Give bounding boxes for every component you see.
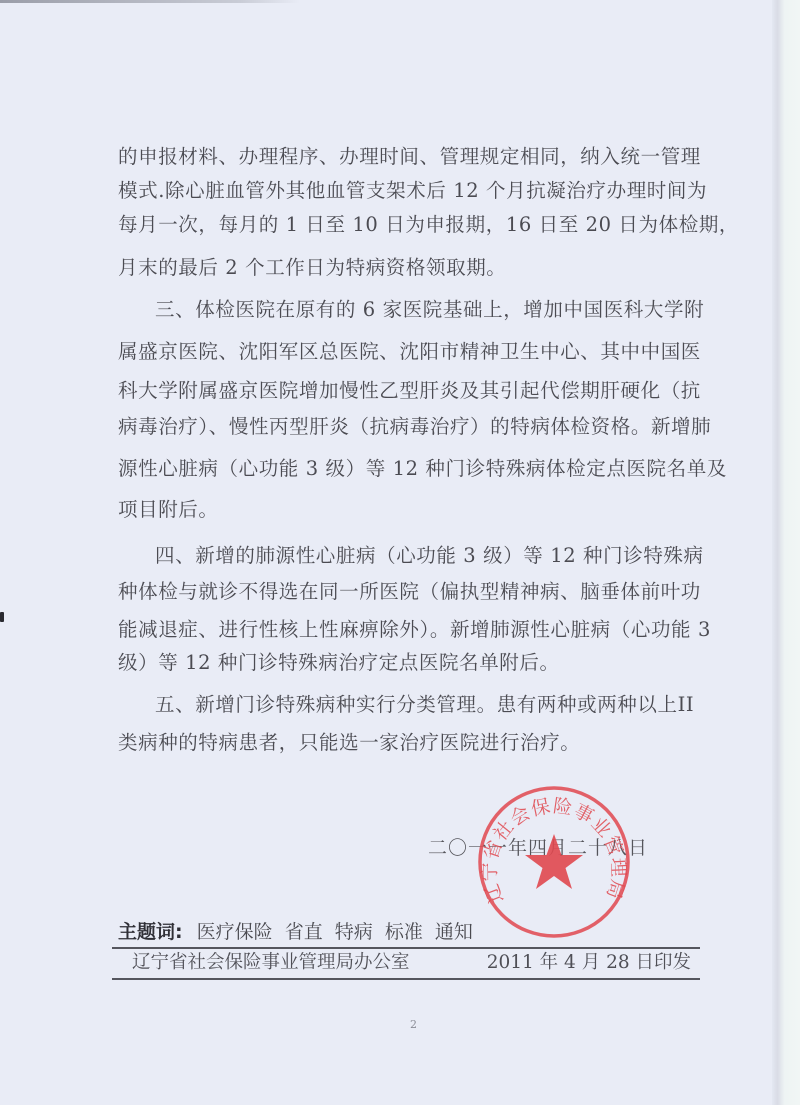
page-number: 2 xyxy=(410,1018,417,1031)
issue-date: 2011 年 4 月 28 日印发 xyxy=(487,950,691,976)
divider-rule xyxy=(112,947,700,949)
issuing-office: 辽宁省社会保险事业管理局办公室 xyxy=(132,952,410,973)
keyword: 通知 xyxy=(435,921,473,943)
body-line: 模式.除心脏血管外其他血管支架术后 12 个月抗凝治疗办理时间为 xyxy=(118,177,693,205)
keyword: 省直 xyxy=(285,921,323,943)
divider-rule xyxy=(112,978,700,980)
keyword: 医疗保险 xyxy=(197,921,273,943)
body-line: 科大学附属盛京医院增加慢性乙型肝炎及其引起代偿期肝硬化（抗 xyxy=(118,377,693,405)
section-5-heading-line: 五、新增门诊特殊病种实行分类管理。患有两种或两种以上II xyxy=(155,691,695,719)
section-3-heading-line: 三、体检医院在原有的 6 家医院基础上，增加中国医科大学附 xyxy=(155,296,695,324)
body-line: 属盛京医院、沈阳军区总医院、沈阳市精神卫生中心、其中中国医 xyxy=(118,338,693,366)
red-star-icon xyxy=(525,834,583,889)
body-line: 病毒治疗）、慢性丙型肝炎（抗病毒治疗）的特病体检资格。新增肺 xyxy=(118,413,693,441)
keyword: 标准 xyxy=(385,921,423,943)
subject-keywords: 主题词: 医疗保险 省直 特病 标准 通知 xyxy=(118,919,698,945)
section-4-heading-line: 四、新增的肺源性心脏病（心功能 3 级）等 12 种门诊特殊病 xyxy=(155,542,695,570)
issuer-line: 辽宁省社会保险事业管理局办公室 2011 年 4 月 28 日印发 xyxy=(132,950,697,976)
body-line: 级）等 12 种门诊特殊病治疗定点医院名单附后。 xyxy=(118,649,693,677)
body-line: 项目附后。 xyxy=(118,496,693,524)
body-line: 类病种的特病患者，只能选一家治疗医院进行治疗。 xyxy=(118,729,693,757)
body-line: 种体检与就诊不得选在同一所医院（偏执型精神病、脑垂体前叶功 xyxy=(118,578,693,606)
body-line: 月末的最后 2 个工作日为特病资格领取期。 xyxy=(118,254,693,282)
body-line: 能减退症、进行性核上性麻痹除外）。新增肺源性心脏病（心功能 3 xyxy=(118,616,693,644)
body-line: 每月一次，每月的 1 日至 10 日为申报期，16 日至 20 日为体检期， xyxy=(118,211,693,239)
body-line: 的申报材料、办理程序、办理时间、管理规定相同，纳入统一管理 xyxy=(118,143,693,171)
keywords-label: 主题词: xyxy=(118,921,183,943)
keyword: 特病 xyxy=(335,921,373,943)
body-line: 源性心脏病（心功能 3 级）等 12 种门诊特殊病体检定点医院名单及 xyxy=(118,455,693,483)
official-stamp: 辽宁省社会保险事业管理局 xyxy=(474,782,634,942)
document-page: 的申报材料、办理程序、办理时间、管理规定相同，纳入统一管理 模式.除心脏血管外其… xyxy=(0,0,800,1105)
